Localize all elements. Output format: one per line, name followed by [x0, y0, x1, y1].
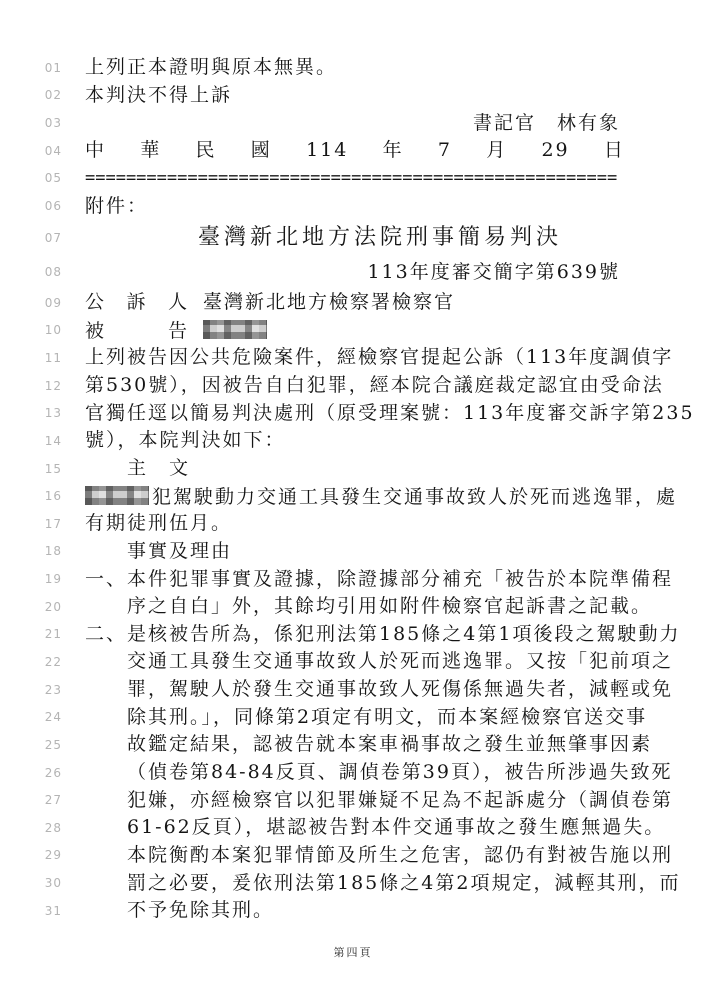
date-part: 月 [486, 141, 507, 160]
date-part: 中 [85, 141, 106, 160]
document-line-26: 26（偵卷第84-84反頁、調偵卷第39頁），被告所涉過失致死 [0, 759, 706, 787]
line-text: 一、本件犯罪事實及證據，除證據部分補充「被告於本院準備程 [85, 570, 675, 589]
line-text: 有期徒刑伍月。 [85, 514, 675, 533]
document-line-24: 24除其刑。」，同條第2項定有明文，而本案經檢察官送交事 [0, 703, 706, 731]
line-text: 除其刑。」，同條第2項定有明文，而本案經檢察官送交事 [85, 708, 675, 727]
page-footer: 第四頁 [0, 944, 706, 960]
line-number: 03 [0, 116, 62, 130]
date-part: 114 [306, 141, 348, 160]
document-line-14: 14號），本院判決如下： [0, 427, 706, 455]
line-text: 公訴人臺灣新北地方檢察署檢察官 [85, 293, 675, 312]
date-part: 7 [438, 141, 452, 160]
line-text: 被告 [85, 320, 675, 341]
line-text: （偵卷第84-84反頁、調偵卷第39頁），被告所涉過失致死 [85, 763, 675, 782]
document-line-31: 31不予免除其刑。 [0, 897, 706, 925]
document-line-03: 03書記官 林有象 [0, 109, 706, 137]
line-text: 本院衡酌本案犯罪情節及所生之危害，認仍有對被告施以刑 [85, 846, 675, 865]
line-number: 28 [0, 821, 62, 835]
line-text: 故鑑定結果，認被告就本案車禍事故之發生並無肇事因素 [85, 735, 675, 754]
line-number: 21 [0, 627, 62, 641]
line-number: 09 [0, 296, 62, 310]
line-number: 26 [0, 766, 62, 780]
document-line-25: 25故鑑定結果，認被告就本案車禍事故之發生並無肇事因素 [0, 731, 706, 759]
line-text: 犯駕駛動力交通工具發生交通事故致人於死而逃逸罪，處 [85, 486, 675, 507]
line-text: 上列正本證明與原本無異。 [85, 58, 675, 77]
date-part: 民 [196, 141, 217, 160]
party-label-char: 告 [168, 322, 189, 341]
party-label: 被告 [85, 322, 189, 341]
document-line-08: 08113年度審交簡字第639號 [0, 256, 706, 289]
line-text: 序之自白」外，其餘均引用如附件檢察官起訴書之記載。 [85, 597, 675, 616]
document-line-12: 12第530號），因被告自白犯罪，經本院合議庭裁定認宜由受命法 [0, 372, 706, 400]
line-number: 29 [0, 848, 62, 862]
line-number: 23 [0, 683, 62, 697]
document-line-18: 18事實及理由 [0, 538, 706, 566]
line-number: 15 [0, 462, 62, 476]
document-page: 01上列正本證明與原本無異。02本判決不得上訴03書記官 林有象04中華民國11… [0, 0, 706, 1000]
date-part: 華 [140, 141, 161, 160]
line-text: 中華民國114年7月29日 [85, 141, 625, 160]
line-text: 事實及理由 [85, 542, 675, 561]
party-label-char: 被 [85, 322, 106, 341]
line-number: 19 [0, 572, 62, 586]
document-line-09: 09公訴人臺灣新北地方檢察署檢察官 [0, 289, 706, 317]
document-line-05: 05======================================… [0, 165, 706, 193]
party-label: 公訴人 [85, 293, 189, 312]
line-number: 22 [0, 655, 62, 669]
line-text: 罪，駕駛人於發生交通事故致人死傷係無過失者，減輕或免 [85, 680, 675, 699]
document-line-02: 02本判決不得上訴 [0, 82, 706, 110]
document-line-20: 20序之自白」外，其餘均引用如附件檢察官起訴書之記載。 [0, 593, 706, 621]
line-text: 主 文 [85, 459, 675, 478]
date-part: 國 [251, 141, 272, 160]
line-number: 24 [0, 710, 62, 724]
party-label-char: 訴 [126, 293, 147, 312]
document-line-22: 22交通工具發生交通事故致人於死而逃逸罪。又按「犯前項之 [0, 648, 706, 676]
line-number: 10 [0, 323, 62, 337]
date-part: 29 [541, 141, 569, 160]
document-line-28: 2861-62反頁），堪認被告對本件交通事故之發生應無過失。 [0, 814, 706, 842]
line-text: 臺灣新北地方法院刑事簡易判決 [85, 227, 675, 249]
line-text: 犯嫌，亦經檢察官以犯罪嫌疑不足為不起訴處分（調偵卷第 [85, 791, 675, 810]
line-number: 18 [0, 544, 62, 558]
document-line-07: 07臺灣新北地方法院刑事簡易判決 [0, 220, 706, 256]
line-number: 04 [0, 144, 62, 158]
line-text: 113年度審交簡字第639號 [85, 263, 620, 282]
line-text: ========================================… [85, 170, 620, 187]
document-lines: 01上列正本證明與原本無異。02本判決不得上訴03書記官 林有象04中華民國11… [0, 54, 706, 925]
document-line-11: 11上列被告因公共危險案件，經檢察官提起公訴（113年度調偵字 [0, 344, 706, 372]
line-number: 05 [0, 171, 62, 185]
line-number: 31 [0, 904, 62, 918]
line-text: 二、是核被告所為，係犯刑法第185條之4第1項後段之駕駛動力 [85, 625, 675, 644]
line-number: 30 [0, 876, 62, 890]
line-text: 交通工具發生交通事故致人於死而逃逸罪。又按「犯前項之 [85, 652, 675, 671]
line-number: 17 [0, 517, 62, 531]
document-line-27: 27犯嫌，亦經檢察官以犯罪嫌疑不足為不起訴處分（調偵卷第 [0, 786, 706, 814]
line-text: 附件： [85, 197, 675, 216]
party-label-char: 人 [168, 293, 189, 312]
party-value: 臺灣新北地方檢察署檢察官 [203, 291, 455, 313]
redacted-name [85, 486, 149, 505]
line-number: 25 [0, 738, 62, 752]
document-line-30: 30罰之必要，爰依刑法第185條之4第2項規定，減輕其刑，而 [0, 869, 706, 897]
date-part: 日 [604, 141, 625, 160]
line-text: 61-62反頁），堪認被告對本件交通事故之發生應無過失。 [85, 818, 675, 837]
line-number: 27 [0, 793, 62, 807]
line-number: 01 [0, 61, 62, 75]
document-line-16: 16犯駕駛動力交通工具發生交通事故致人於死而逃逸罪，處 [0, 482, 706, 510]
line-text: 罰之必要，爰依刑法第185條之4第2項規定，減輕其刑，而 [85, 874, 675, 893]
redacted-name [203, 320, 267, 339]
line-number: 02 [0, 88, 62, 102]
document-line-01: 01上列正本證明與原本無異。 [0, 54, 706, 82]
line-text: 號），本院判決如下： [85, 431, 675, 450]
party-label-char: 公 [85, 293, 106, 312]
line-number: 08 [0, 265, 62, 279]
line-text: 第530號），因被告自白犯罪，經本院合議庭裁定認宜由受命法 [85, 376, 675, 395]
line-number: 14 [0, 434, 62, 448]
line-text: 官獨任逕以簡易判決處刑（原受理案號：113年度審交訴字第235 [85, 404, 675, 423]
line-text: 書記官 林有象 [85, 114, 620, 133]
line-number: 13 [0, 406, 62, 420]
line-text: 上列被告因公共危險案件，經檢察官提起公訴（113年度調偵字 [85, 348, 675, 367]
line-number: 06 [0, 199, 62, 213]
document-line-21: 21二、是核被告所為，係犯刑法第185條之4第1項後段之駕駛動力 [0, 621, 706, 649]
line-number: 16 [0, 489, 62, 503]
line-number: 11 [0, 351, 62, 365]
document-line-29: 29本院衡酌本案犯罪情節及所生之危害，認仍有對被告施以刑 [0, 842, 706, 870]
date-part: 年 [383, 141, 404, 160]
line-number: 20 [0, 600, 62, 614]
document-line-19: 19一、本件犯罪事實及證據，除證據部分補充「被告於本院準備程 [0, 565, 706, 593]
line-text: 不予免除其刑。 [85, 901, 675, 920]
document-line-23: 23罪，駕駛人於發生交通事故致人死傷係無過失者，減輕或免 [0, 676, 706, 704]
line-number: 12 [0, 379, 62, 393]
document-line-15: 15主 文 [0, 455, 706, 483]
document-line-06: 06附件： [0, 192, 706, 220]
document-line-17: 17有期徒刑伍月。 [0, 510, 706, 538]
document-line-13: 13官獨任逕以簡易判決處刑（原受理案號：113年度審交訴字第235 [0, 399, 706, 427]
document-line-04: 04中華民國114年7月29日 [0, 137, 706, 165]
document-line-10: 10被告 [0, 316, 706, 344]
line-number: 07 [0, 231, 62, 245]
line-text: 本判決不得上訴 [85, 86, 675, 105]
